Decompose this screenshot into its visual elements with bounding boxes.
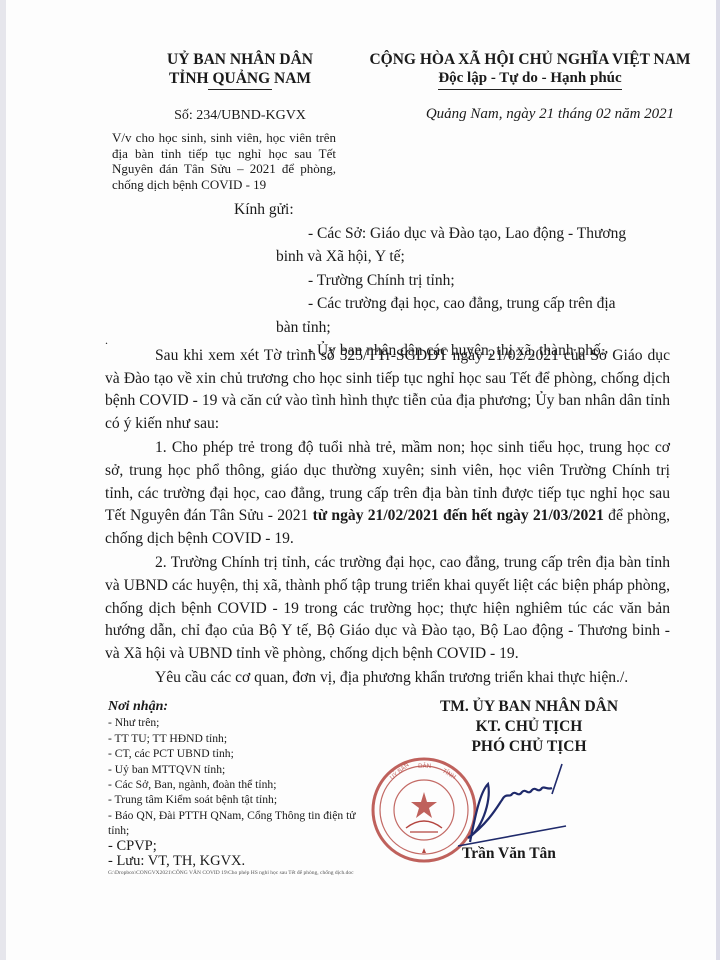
signature-icon xyxy=(440,762,580,852)
greeting-recipient: - Các trường đại học, cao đẳng, trung cấ… xyxy=(234,292,634,339)
file-path-note: G:\Dropbox\CONGVX2021\CÔNG VĂN COVID 19\… xyxy=(108,870,358,877)
signature-title-line3: PHÓ CHỦ TỊCH xyxy=(395,737,663,757)
document-subject: V/v cho học sinh, sinh viên, học viên tr… xyxy=(112,130,336,192)
document-body: Sau khi xem xét Tờ trình số 525/TTr-SGDĐ… xyxy=(105,345,670,692)
distribution-title: Nơi nhận: xyxy=(108,699,358,714)
item-1-dates: từ ngày 21/02/2021 đến hết ngày 21/03/20… xyxy=(313,507,604,524)
document-number: Số: 234/UBND-KGVX xyxy=(120,108,360,124)
svg-text:DÂN: DÂN xyxy=(418,763,431,770)
distribution-item: - Như trên; xyxy=(108,715,358,730)
distribution-archive: - Lưu: VT, TH, KGVX. xyxy=(108,854,358,869)
intro-paragraph: Sau khi xem xét Tờ trình số 525/TTr-SGDĐ… xyxy=(105,345,670,435)
closing-paragraph: Yêu cầu các cơ quan, đơn vị, địa phương … xyxy=(105,667,670,690)
item-2-paragraph: 2. Trường Chính trị tỉnh, các trường đại… xyxy=(105,552,670,665)
greeting-recipient: - Trường Chính trị tỉnh; xyxy=(234,269,634,293)
national-motto: Độc lập - Tự do - Hạnh phúc xyxy=(438,69,621,90)
signature-title: TM. ỦY BAN NHÂN DÂN KT. CHỦ TỊCH PHÓ CHỦ… xyxy=(395,697,663,757)
distribution-item: - CPVP; xyxy=(108,839,358,854)
distribution-item: - Trung tâm Kiểm soát bệnh tật tỉnh; xyxy=(108,792,358,807)
issuer-name-line1: UỶ BAN NHÂN DÂN xyxy=(120,50,360,69)
signature-title-line1: TM. ỦY BAN NHÂN DÂN xyxy=(395,697,663,717)
page-edge-right xyxy=(716,0,720,960)
greeting-recipient: - Các Sở: Giáo dục và Đào tạo, Lao động … xyxy=(234,222,634,269)
page-edge-left xyxy=(0,0,6,960)
distribution-item: - Báo QN, Đài PTTH QNam, Cổng Thông tin … xyxy=(108,808,358,839)
issuer-underline xyxy=(208,89,272,90)
issuer-header: UỶ BAN NHÂN DÂN TỈNH QUẢNG NAM Số: 234/U… xyxy=(120,50,360,192)
greeting-block: Kính gửi: - Các Sở: Giáo dục và Đào tạo,… xyxy=(234,198,634,363)
place-date: Quảng Nam, ngày 21 tháng 02 năm 2021 xyxy=(385,106,715,123)
distribution-item: - TT TU; TT HĐND tỉnh; xyxy=(108,731,358,746)
signer-name: Trần Văn Tân xyxy=(462,845,556,863)
national-title: CỘNG HÒA XÃ HỘI CHỦ NGHĨA VIỆT NAM xyxy=(345,50,715,69)
distribution-item: - Các Sở, Ban, ngành, đoàn thể tỉnh; xyxy=(108,777,358,792)
greeting-label: Kính gửi: xyxy=(234,198,634,222)
distribution-list: Nơi nhận: - Như trên; - TT TU; TT HĐND t… xyxy=(108,699,358,877)
distribution-item: - CT, các PCT UBND tỉnh; xyxy=(108,746,358,761)
distribution-item: - Uỷ ban MTTQVN tỉnh; xyxy=(108,762,358,777)
issuer-name-line2: TỈNH QUẢNG NAM xyxy=(169,69,311,88)
item-1-paragraph: 1. Cho phép trẻ trong độ tuổi nhà trẻ, m… xyxy=(105,437,670,550)
signature-title-line2: KT. CHỦ TỊCH xyxy=(395,717,663,737)
national-header: CỘNG HÒA XÃ HỘI CHỦ NGHĨA VIỆT NAM Độc l… xyxy=(345,50,715,123)
